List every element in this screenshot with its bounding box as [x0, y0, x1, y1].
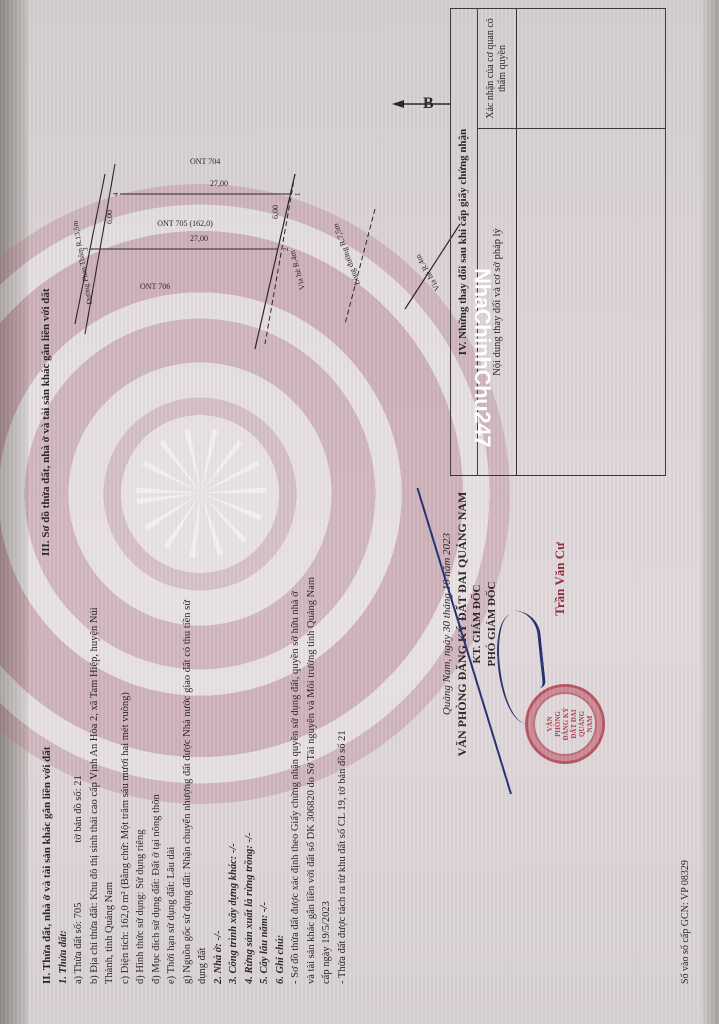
registry-number: Số vào sổ cấp GCN: VP 08329	[680, 860, 691, 984]
usage-origin: g) Nguồn gốc sử dụng đất: Nhận chuyển nh…	[180, 564, 196, 984]
north-arrow-icon: B	[392, 95, 450, 112]
usage-term: e) Thời hạn sử dụng đất: Lâu dài	[164, 564, 180, 984]
note-1-cont: và tài sản khác gắn liền với đất số DK 3…	[304, 564, 320, 984]
parcel-address-cont: Thành, tỉnh Quảng Nam	[102, 564, 118, 984]
svg-text:ONT 706: ONT 706	[140, 282, 170, 291]
item-1-label: 1. Thửa đất:	[56, 564, 72, 984]
note-1-cont2: cấp ngày 19/5/2023	[319, 564, 335, 984]
item-3-other-works: 3. Công trình xây dựng khác: -/-	[226, 564, 242, 984]
certificate-page: II. Thửa đất, nhà ở và tài sản khác gắn …	[0, 0, 719, 1024]
section-2-heading: II. Thửa đất, nhà ở và tài sản khác gắn …	[40, 564, 56, 984]
paper-edge	[701, 0, 719, 1024]
svg-text:27,00: 27,00	[190, 234, 208, 243]
note-1: - Sơ đồ thửa đất được xác định theo Giấy…	[288, 564, 304, 984]
svg-text:2: 2	[282, 247, 290, 251]
watermark-text: NhaChinhChu247	[469, 268, 495, 447]
section-4-heading: IV. Những thay đổi sau khi cấp giấy chứn…	[457, 9, 469, 475]
item-6-notes: 6. Ghi chú:	[273, 564, 289, 984]
svg-text:Lòng đường R.7,5m: Lòng đường R.7,5m	[331, 221, 362, 286]
section-2-parcel-info: II. Thửa đất, nhà ở và tài sản khác gắn …	[40, 564, 350, 984]
svg-text:ONT 705 (162,0): ONT 705 (162,0)	[157, 219, 213, 228]
col-authority-confirm: Xác nhận của cơ quan có thẩm quyền	[478, 9, 516, 129]
usage-purpose: đ) Mục đích sử dụng đất: Đất ở tại nông …	[149, 564, 165, 984]
svg-text:B: B	[423, 95, 434, 112]
item-5-perennial: 5. Cây lâu năm: -/-	[257, 564, 273, 984]
table-divider	[515, 128, 665, 129]
deputy-director: PHÓ GIÁM ĐỐC	[485, 474, 500, 774]
section-3-heading: III. Sơ đồ thửa đất, nhà ở và tài sản kh…	[40, 288, 52, 556]
kt-director: KT. GIÁM ĐỐC	[470, 474, 485, 774]
svg-text:Vỉa hè R.4m: Vỉa hè R.4m	[288, 248, 307, 290]
parcel-number: a) Thửa đất số: 705tờ bản đồ số: 21	[71, 564, 87, 984]
place-date: Quảng Nam, ngày 30 tháng 10 năm 2023	[440, 474, 455, 774]
svg-text:1: 1	[294, 192, 302, 196]
parcel-diagram-svg: B Vỉa hè R.4m Lòng đường R.7,5m Vỉa hè R…	[60, 14, 480, 464]
svg-text:Đường Phan Thâm R.13,5m: Đường Phan Thâm R.13,5m	[70, 220, 94, 305]
parcel-area: c) Diện tích: 162,0 m² (Bằng chữ: Một tr…	[118, 564, 134, 984]
svg-text:6,00: 6,00	[105, 210, 114, 224]
parcel-diagram: B Vỉa hè R.4m Lòng đường R.7,5m Vỉa hè R…	[60, 14, 480, 464]
note-2: - Thửa đất được tách ra từ khu đất số CL…	[335, 564, 351, 984]
usage-origin-cont: dụng đất	[195, 564, 211, 984]
svg-text:ONT 704: ONT 704	[190, 157, 220, 166]
svg-text:4: 4	[112, 192, 120, 196]
item-2-house: 2. Nhà ở: -/-	[211, 564, 227, 984]
item-4-forest: 4. Rừng sản xuất là rừng trồng: -/-	[242, 564, 258, 984]
svg-text:27,00: 27,00	[210, 179, 228, 188]
parcel-address: b) Địa chỉ thửa đất: Khu đô thị sinh thá…	[87, 564, 103, 984]
svg-text:3: 3	[82, 247, 90, 251]
svg-text:6,00: 6,00	[271, 205, 280, 219]
usage-form: d) Hình thức sử dụng: Sử dụng riêng	[133, 564, 149, 984]
